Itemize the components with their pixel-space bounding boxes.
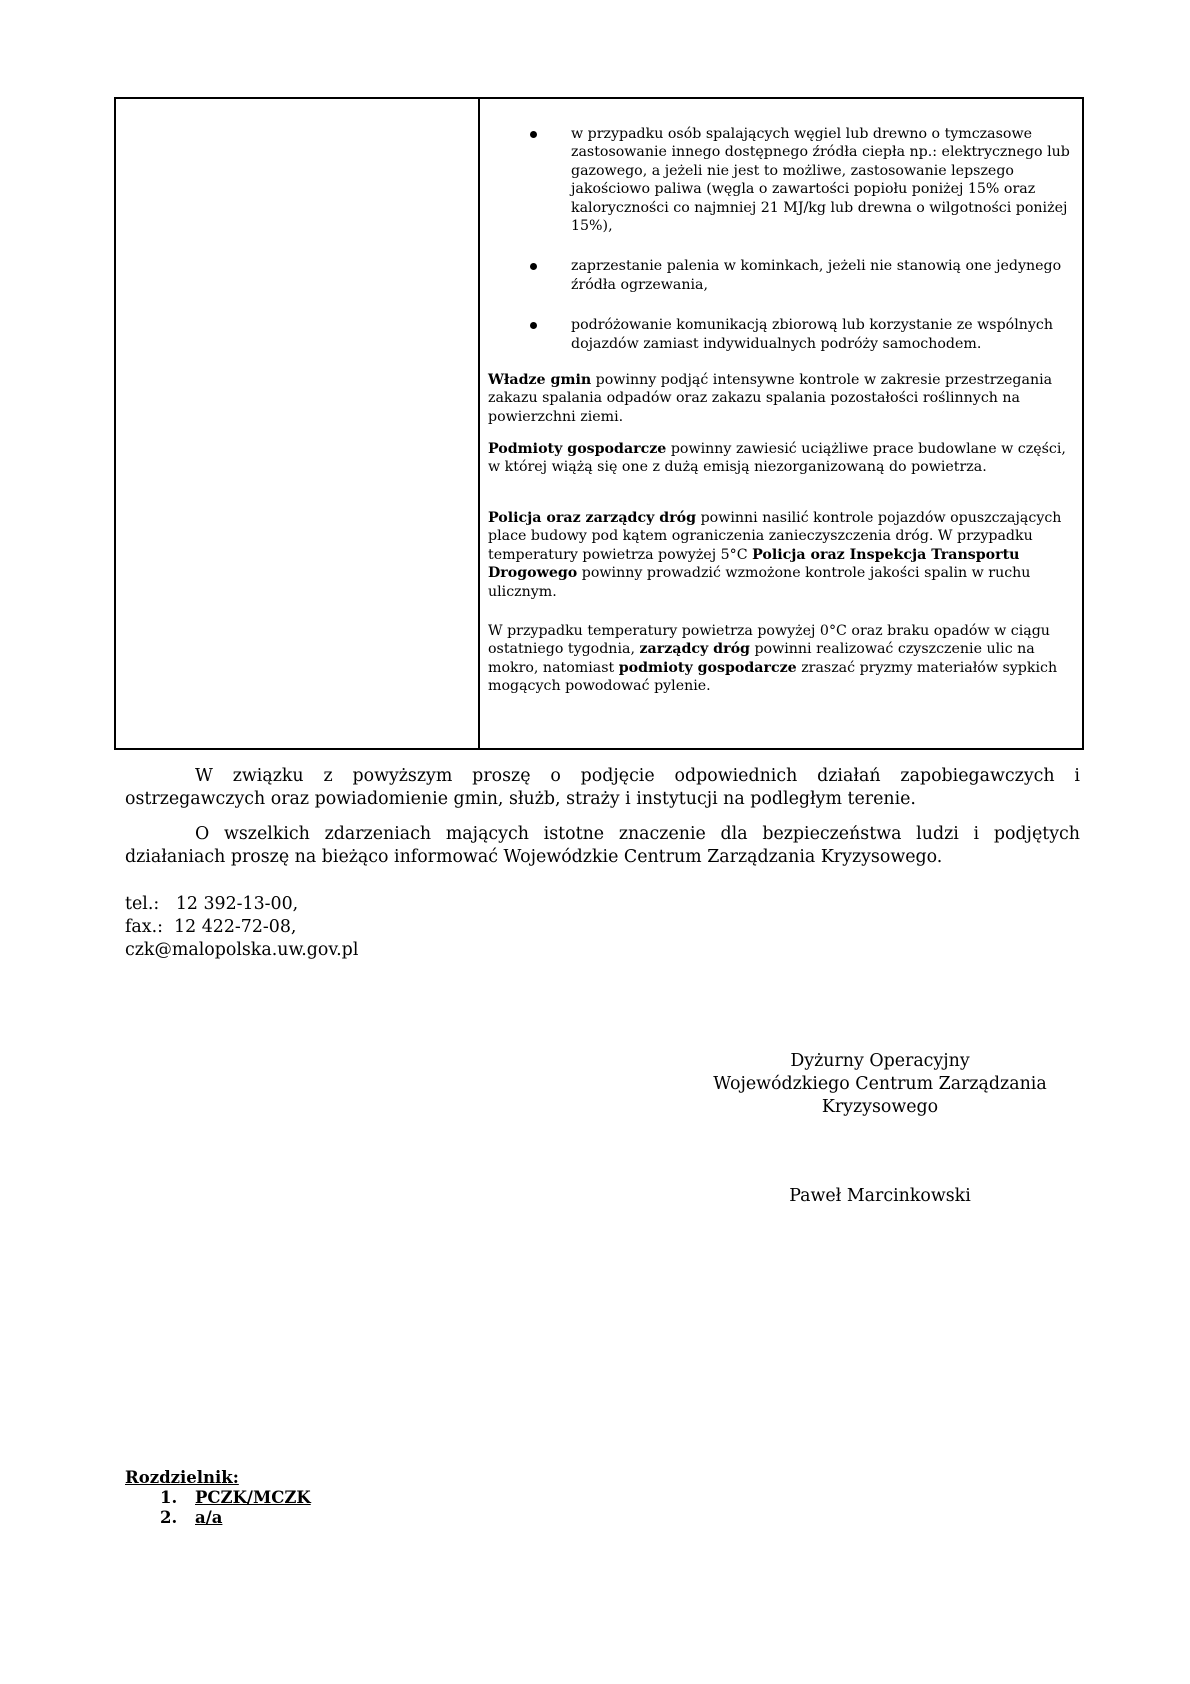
body-paragraph-1: W związku z powyższym proszę o podjęcie … [125, 765, 1080, 811]
list-item: podróżowanie komunikacją zbiorową lub ko… [488, 316, 1074, 353]
bullet-list: w przypadku osób spalających węgiel lub … [488, 125, 1074, 375]
paragraph-text: O wszelkich zdarzeniach mających istotne… [125, 824, 1080, 867]
item-value: PCZK/MCZK [195, 1488, 311, 1507]
signature-title: Wojewódzkiego Centrum Zarządzania [700, 1073, 1060, 1096]
signatory-name: Paweł Marcinkowski [700, 1185, 1060, 1208]
list-item: 2.a/a [125, 1508, 311, 1528]
distribution-list: Rozdzielnik: 1.PCZK/MCZK 2.a/a [125, 1468, 311, 1528]
list-item: w przypadku osób spalających węgiel lub … [488, 125, 1074, 235]
signatory-name-text: Paweł Marcinkowski [700, 1185, 1060, 1208]
bold-term: Podmioty gospodarcze [488, 441, 666, 457]
item-number: 2. [160, 1508, 195, 1528]
paragraph-text: W związku z powyższym proszę o podjęcie … [125, 766, 1080, 809]
paragraph-businesses: Podmioty gospodarcze powinny zawiesić uc… [488, 440, 1066, 477]
bold-term: Policja oraz zarządcy dróg [488, 510, 696, 526]
item-value: a/a [195, 1508, 222, 1527]
paragraph-police-roads: Policja oraz zarządcy dróg powinni nasil… [488, 509, 1066, 601]
distribution-title: Rozdzielnik: [125, 1468, 311, 1488]
bold-term: podmioty gospodarcze [619, 660, 797, 676]
item-number: 1. [160, 1488, 195, 1508]
paragraph-street-cleaning: W przypadku temperatury powietrza powyże… [488, 622, 1066, 696]
list-item-text: w przypadku osób spalających węgiel lub … [571, 126, 1070, 234]
bullet-icon [530, 131, 537, 138]
paragraph-municipal-authorities: Władze gmin powinny podjąć intensywne ko… [488, 371, 1066, 426]
bold-term: zarządcy dróg [639, 641, 750, 657]
signature-block: Dyżurny Operacyjny Wojewódzkiego Centrum… [700, 1050, 1060, 1119]
list-item: zaprzestanie palenia w kominkach, jeżeli… [488, 257, 1074, 294]
bullet-icon [530, 263, 537, 270]
fax-number: fax.: 12 422-72-08, [125, 916, 358, 939]
bold-term: Władze gmin [488, 372, 591, 388]
list-item: 1.PCZK/MCZK [125, 1488, 311, 1508]
signature-title: Kryzysowego [700, 1096, 1060, 1119]
bullet-icon [530, 322, 537, 329]
body-paragraph-2: O wszelkich zdarzeniach mających istotne… [125, 823, 1080, 869]
contact-block: tel.: 12 392-13-00, fax.: 12 422-72-08, … [125, 893, 358, 962]
email-address: czk@malopolska.uw.gov.pl [125, 939, 358, 962]
signature-title: Dyżurny Operacyjny [700, 1050, 1060, 1073]
recommendations-table: w przypadku osób spalających węgiel lub … [114, 97, 1084, 750]
list-item-text: podróżowanie komunikacją zbiorową lub ko… [571, 317, 1053, 351]
phone-number: tel.: 12 392-13-00, [125, 893, 358, 916]
table-column-divider [478, 99, 480, 748]
document-page: w przypadku osób spalających węgiel lub … [0, 0, 1190, 1684]
list-item-text: zaprzestanie palenia w kominkach, jeżeli… [571, 258, 1061, 292]
